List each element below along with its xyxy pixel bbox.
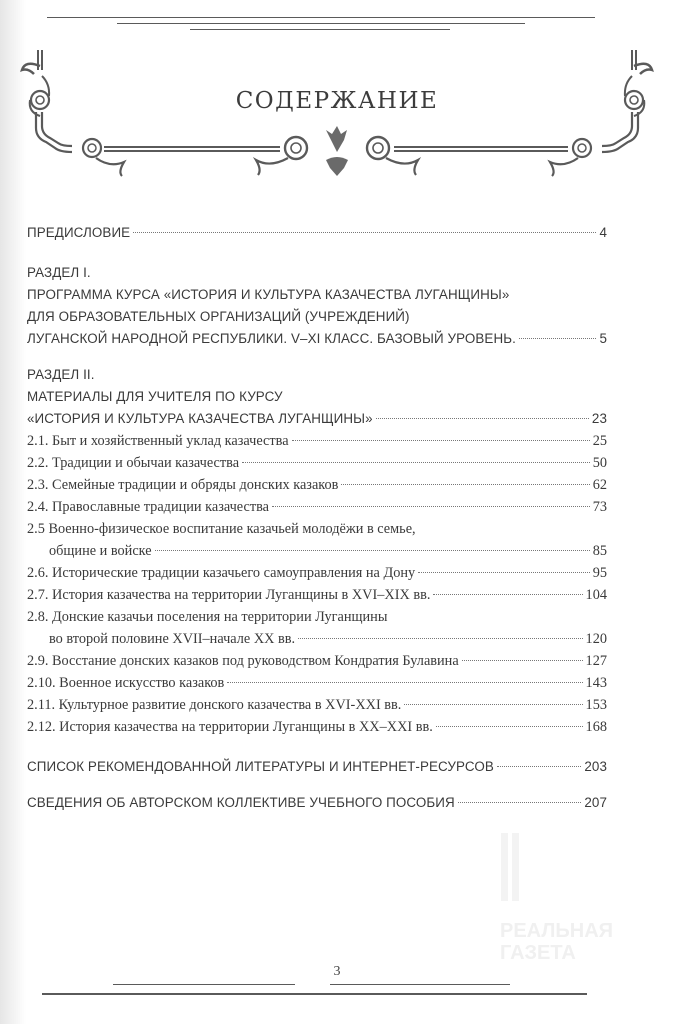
dot-leader: [272, 506, 590, 507]
toc-label: 2.7. История казачества на территории Лу…: [27, 584, 430, 606]
toc-page: 73: [593, 496, 607, 518]
toc-label: ПРЕДИСЛОВИЕ: [27, 222, 130, 244]
toc-page: 203: [584, 756, 607, 778]
toc-label: «ИСТОРИЯ И КУЛЬТУРА КАЗАЧЕСТВА ЛУГАНЩИНЫ…: [27, 408, 373, 430]
section-heading: РАЗДЕЛ I.: [27, 262, 607, 284]
dot-leader: [227, 682, 582, 683]
toc-label: 2.12. История казачества на территории Л…: [27, 716, 433, 738]
dot-leader: [418, 572, 590, 573]
toc-label: СВЕДЕНИЯ ОБ АВТОРСКОМ КОЛЛЕКТИВЕ УЧЕБНОГ…: [27, 792, 455, 814]
toc-section-1[interactable]: РАЗДЕЛ I. ПРОГРАММА КУРСА «ИСТОРИЯ И КУЛ…: [27, 262, 607, 350]
toc-label: ЛУГАНСКОЙ НАРОДНОЙ РЕСПУБЛИКИ. V–XI КЛАС…: [27, 328, 516, 350]
section-heading: РАЗДЕЛ II.: [27, 364, 607, 386]
section-title-line: ДЛЯ ОБРАЗОВАТЕЛЬНЫХ ОРГАНИЗАЦИЙ (УЧРЕЖДЕ…: [27, 306, 607, 328]
dot-leader: [497, 766, 581, 767]
toc-entry-2-8[interactable]: 2.8. Донские казачьи поселения на террит…: [27, 606, 607, 650]
dot-leader: [133, 232, 596, 233]
section-title-line: МАТЕРИАЛЫ ДЛЯ УЧИТЕЛЯ ПО КУРСУ: [27, 386, 607, 408]
toc-label: 2.8. Донские казачьи поселения на террит…: [27, 606, 607, 628]
dot-leader: [155, 550, 590, 551]
dot-leader: [436, 726, 583, 727]
footer-rule-left: [113, 984, 295, 985]
toc-page: 143: [586, 672, 607, 694]
toc-entry-2-5[interactable]: 2.5 Военно-физическое воспитание казачье…: [27, 518, 607, 562]
dot-leader: [462, 660, 583, 661]
page-title: СОДЕРЖАНИЕ: [0, 88, 674, 114]
ornamental-frame-icon: [0, 40, 674, 200]
toc-page: 120: [586, 628, 607, 650]
page-number: 3: [0, 964, 674, 980]
header-rule-2: [117, 23, 525, 24]
toc-entry-authors[interactable]: СВЕДЕНИЯ ОБ АВТОРСКОМ КОЛЛЕКТИВЕ УЧЕБНОГ…: [27, 792, 607, 814]
dot-leader: [298, 638, 582, 639]
toc-page: 23: [592, 408, 607, 430]
header-rule-3: [190, 29, 450, 30]
toc-entry-2-9[interactable]: 2.9. Восстание донских казаков под руков…: [27, 650, 607, 672]
dot-leader: [433, 594, 582, 595]
toc-label: 2.5 Военно-физическое воспитание казачье…: [27, 518, 607, 540]
toc-entry-2-1[interactable]: 2.1. Быт и хозяйственный уклад казачеств…: [27, 430, 607, 452]
table-of-contents: ПРЕДИСЛОВИЕ 4 РАЗДЕЛ I. ПРОГРАММА КУРСА …: [27, 222, 607, 814]
toc-page: 25: [593, 430, 607, 452]
section-title-last-line: «ИСТОРИЯ И КУЛЬТУРА КАЗАЧЕСТВА ЛУГАНЩИНЫ…: [27, 408, 607, 430]
toc-page: 50: [593, 452, 607, 474]
toc-page: 62: [593, 474, 607, 496]
section-title-line: ПРОГРАММА КУРСА «ИСТОРИЯ И КУЛЬТУРА КАЗА…: [27, 284, 607, 306]
toc-entry-preface[interactable]: ПРЕДИСЛОВИЕ 4: [27, 222, 607, 244]
header-rule-1: [47, 17, 595, 18]
toc-label: 2.10. Военное искусство казаков: [27, 672, 224, 694]
watermark-logo-icon: [501, 833, 527, 901]
toc-label-continuation: общине и войске: [49, 540, 152, 562]
toc-entry-2-3[interactable]: 2.3. Семейные традиции и обряды донских …: [27, 474, 607, 496]
toc-page: 95: [593, 562, 607, 584]
dot-leader: [292, 440, 590, 441]
section-2-items: 2.1. Быт и хозяйственный уклад казачеств…: [27, 430, 607, 738]
toc-label: СПИСОК РЕКОМЕНДОВАННОЙ ЛИТЕРАТУРЫ И ИНТЕ…: [27, 756, 494, 778]
toc-entry-2-4[interactable]: 2.4. Православные традиции казачества73: [27, 496, 607, 518]
footer-rule-right: [330, 984, 510, 985]
toc-entry-2-7[interactable]: 2.7. История казачества на территории Лу…: [27, 584, 607, 606]
dot-leader: [376, 418, 589, 419]
footer-rule-bottom: [42, 993, 587, 995]
toc-label: 2.1. Быт и хозяйственный уклад казачеств…: [27, 430, 289, 452]
toc-label: 2.4. Православные традиции казачества: [27, 496, 269, 518]
toc-page: 85: [593, 540, 607, 562]
dot-leader: [341, 484, 589, 485]
dot-leader: [242, 462, 590, 463]
toc-label: 2.2. Традиции и обычаи казачества: [27, 452, 239, 474]
toc-page: 4: [599, 222, 607, 244]
toc-page: 207: [584, 792, 607, 814]
watermark-text: РЕАЛЬНАЯ ГАЗЕТА: [500, 920, 613, 964]
toc-entry-2-12[interactable]: 2.12. История казачества на территории Л…: [27, 716, 607, 738]
toc-entry-2-10[interactable]: 2.10. Военное искусство казаков143: [27, 672, 607, 694]
dot-leader: [458, 802, 582, 803]
toc-section-2[interactable]: РАЗДЕЛ II. МАТЕРИАЛЫ ДЛЯ УЧИТЕЛЯ ПО КУРС…: [27, 364, 607, 430]
toc-entry-2-11[interactable]: 2.11. Культурное развитие донского казач…: [27, 694, 607, 716]
dot-leader: [519, 338, 597, 339]
dot-leader: [404, 704, 582, 705]
toc-page: 127: [586, 650, 607, 672]
section-title-last-line: ЛУГАНСКОЙ НАРОДНОЙ РЕСПУБЛИКИ. V–XI КЛАС…: [27, 328, 607, 350]
toc-label: 2.9. Восстание донских казаков под руков…: [27, 650, 459, 672]
toc-entry-literature[interactable]: СПИСОК РЕКОМЕНДОВАННОЙ ЛИТЕРАТУРЫ И ИНТЕ…: [27, 756, 607, 778]
toc-label: 2.3. Семейные традиции и обряды донских …: [27, 474, 338, 496]
toc-entry-2-6[interactable]: 2.6. Исторические традиции казачьего сам…: [27, 562, 607, 584]
toc-label-continuation: во второй половине XVII–начале XX вв.: [49, 628, 295, 650]
toc-entry-2-2[interactable]: 2.2. Традиции и обычаи казачества50: [27, 452, 607, 474]
toc-page: 153: [586, 694, 607, 716]
toc-page: 168: [586, 716, 607, 738]
toc-label: 2.11. Культурное развитие донского казач…: [27, 694, 401, 716]
toc-label: 2.6. Исторические традиции казачьего сам…: [27, 562, 415, 584]
toc-page: 104: [586, 584, 607, 606]
toc-page: 5: [599, 328, 607, 350]
